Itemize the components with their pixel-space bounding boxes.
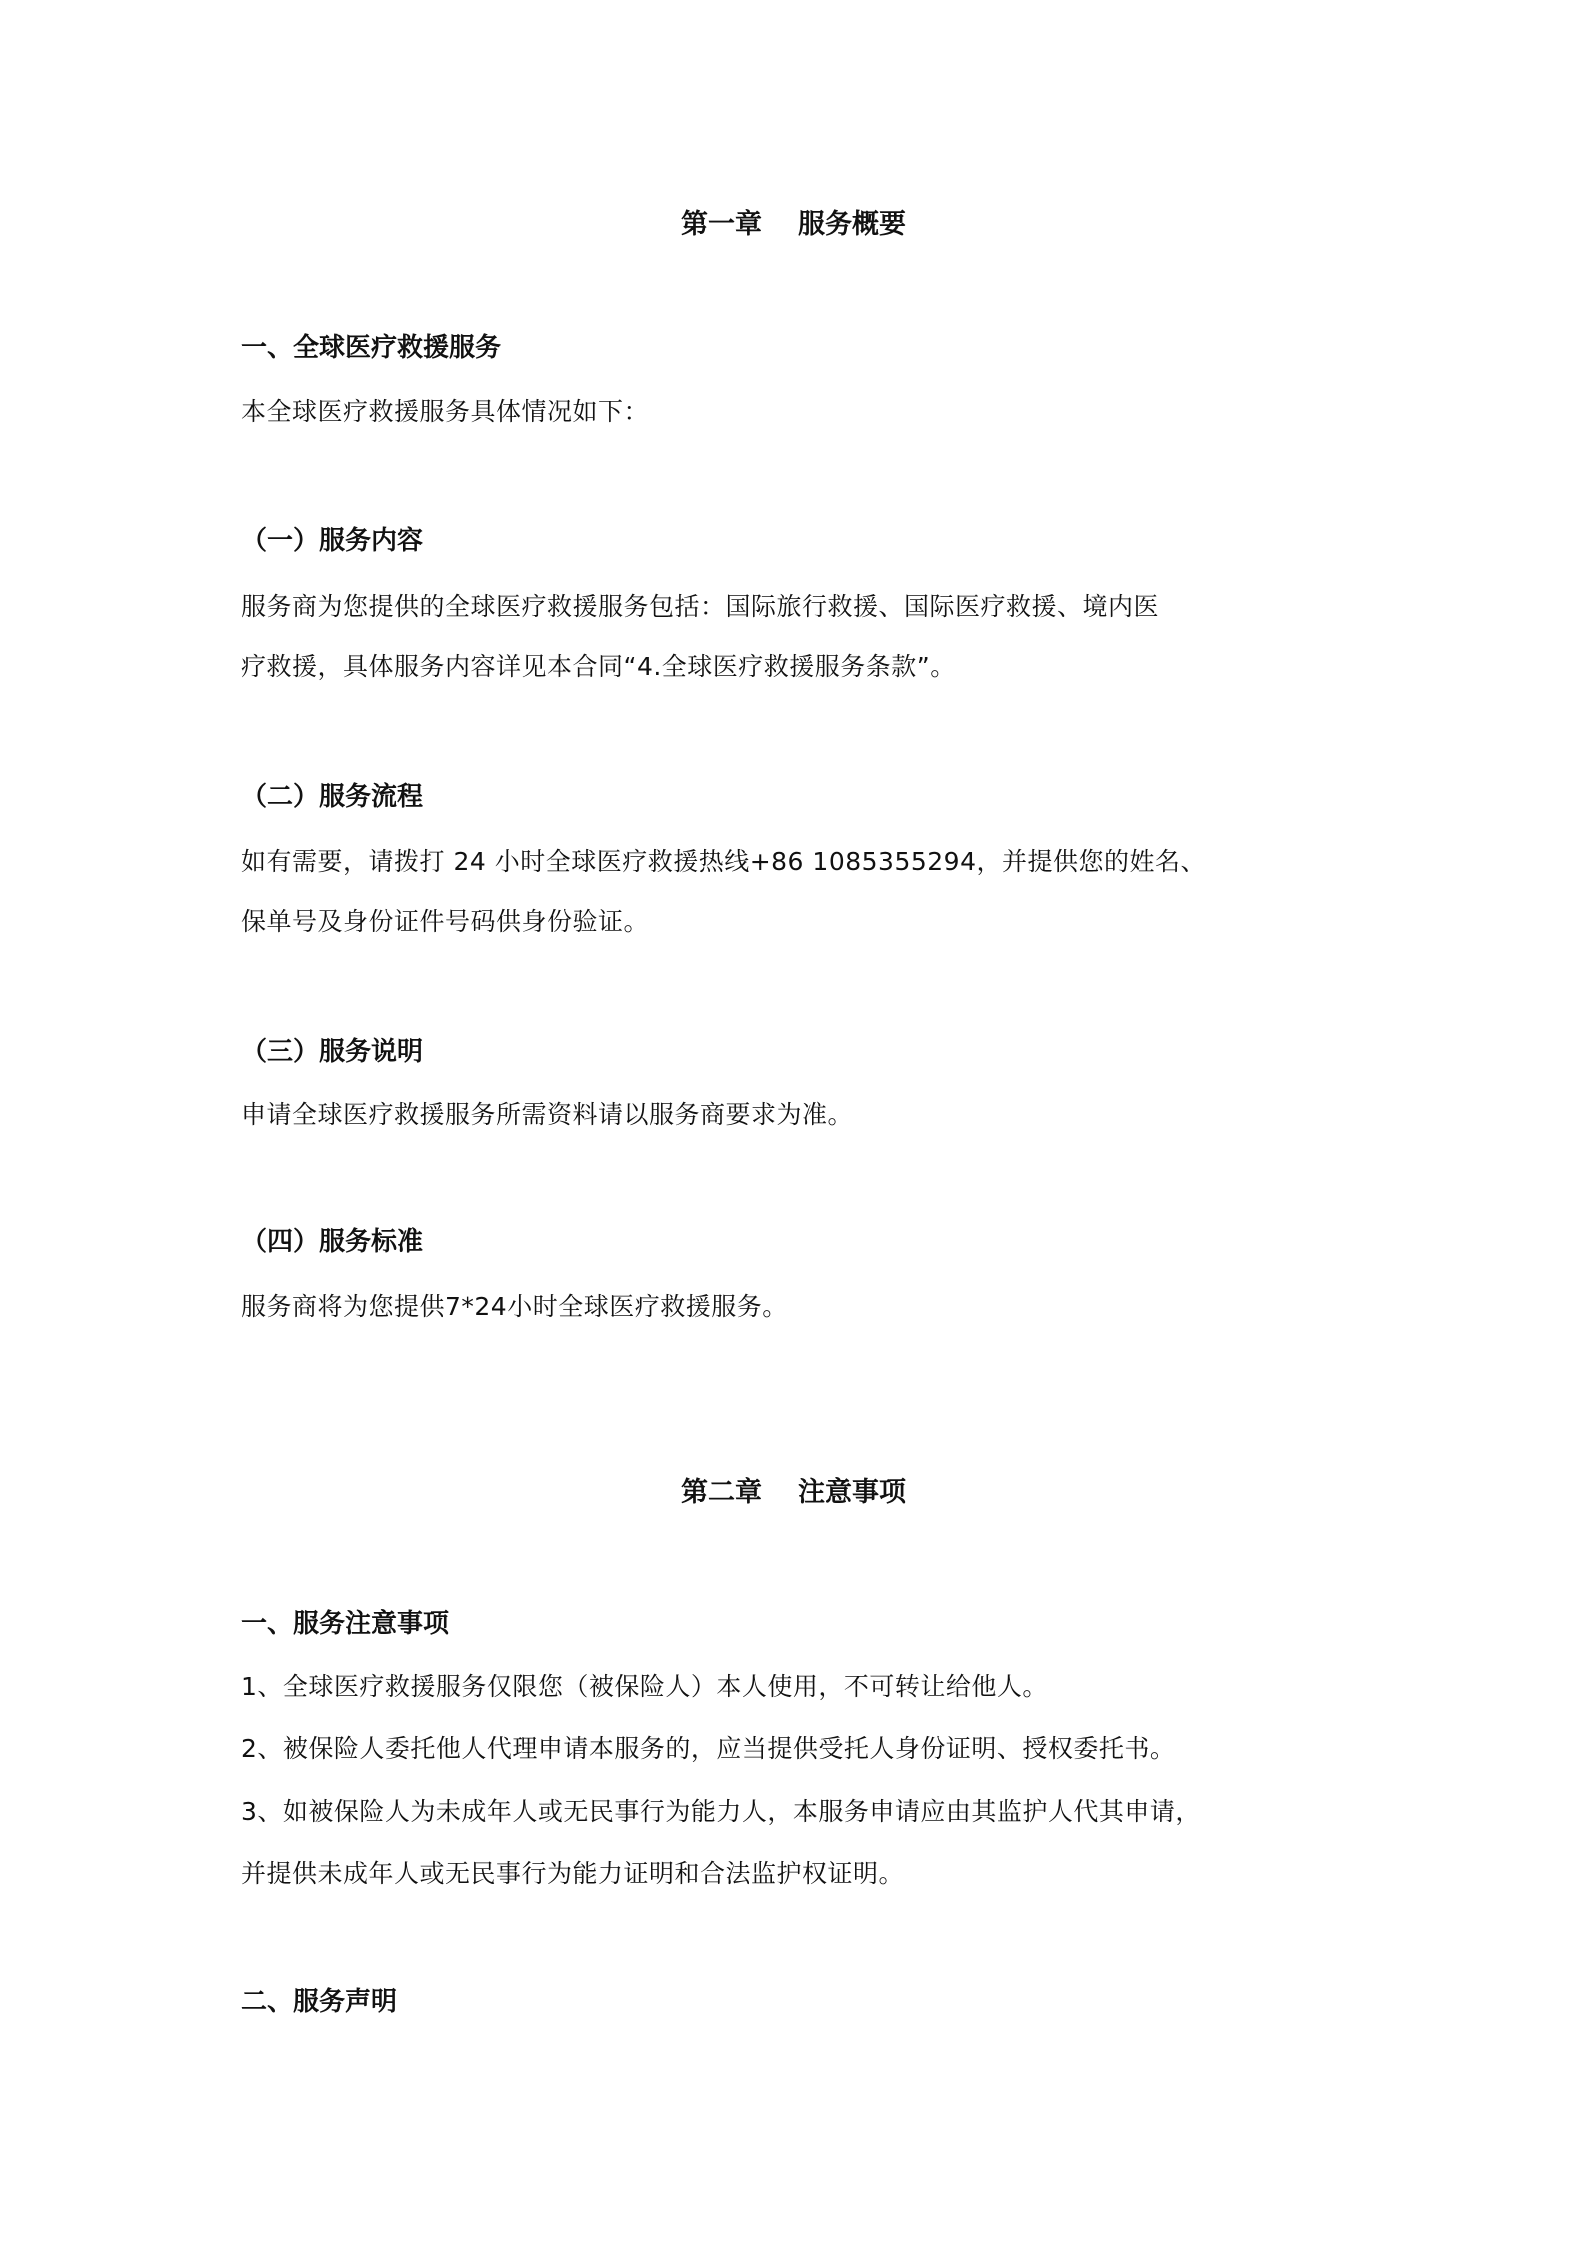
chapter-1-name: 服务概要 (798, 209, 906, 240)
section-intro: 本全球医疗救援服务具体情况如下： (241, 395, 649, 429)
chapter-1-number: 第一章 (681, 209, 762, 240)
chapter-2-name: 注意事项 (798, 1477, 906, 1508)
subsection-heading-notes: （三）服务说明 (241, 1035, 423, 1069)
subsection-heading-standard: （四）服务标准 (241, 1225, 423, 1259)
section-heading-statement: 二、服务声明 (241, 1985, 397, 2019)
list-item-continuation: 并提供未成年人或无民事行为能力证明和合法监护权证明。 (241, 1857, 904, 1891)
paragraph-line: 服务商将为您提供7*24小时全球医疗救援服务。 (241, 1290, 788, 1324)
list-item: 1、全球医疗救援服务仅限您（被保险人）本人使用，不可转让给他人。 (241, 1670, 1048, 1704)
paragraph-line: 服务商为您提供的全球医疗救援服务包括：国际旅行救援、国际医疗救援、境内医 (241, 590, 1159, 624)
paragraph-line: 疗救援，具体服务内容详见本合同“4.全球医疗救援服务条款”。 (241, 650, 956, 684)
paragraph-line: 申请全球医疗救援服务所需资料请以服务商要求为准。 (241, 1098, 853, 1132)
list-item: 2、被保险人委托他人代理申请本服务的，应当提供受托人身份证明、授权委托书。 (241, 1732, 1175, 1766)
section-heading-precautions: 一、服务注意事项 (241, 1607, 449, 1641)
list-item: 3、如被保险人为未成年人或无民事行为能力人，本服务申请应由其监护人代其申请， (241, 1795, 1201, 1829)
paragraph-line: 保单号及身份证件号码供身份验证。 (241, 905, 649, 939)
section-heading-global-rescue: 一、全球医疗救援服务 (241, 331, 501, 365)
subsection-heading-process: （二）服务流程 (241, 780, 423, 814)
document-page: 第一章服务概要 一、全球医疗救援服务 本全球医疗救援服务具体情况如下： （一）服… (0, 0, 1587, 2245)
subsection-heading-content: （一）服务内容 (241, 524, 423, 558)
chapter-2-title: 第二章注意事项 (0, 1475, 1587, 1511)
paragraph-line-hotline: 如有需要，请拨打 24 小时全球医疗救援热线+86 1085355294，并提供… (241, 845, 1206, 879)
chapter-2-number: 第二章 (681, 1477, 762, 1508)
chapter-1-title: 第一章服务概要 (0, 207, 1587, 243)
